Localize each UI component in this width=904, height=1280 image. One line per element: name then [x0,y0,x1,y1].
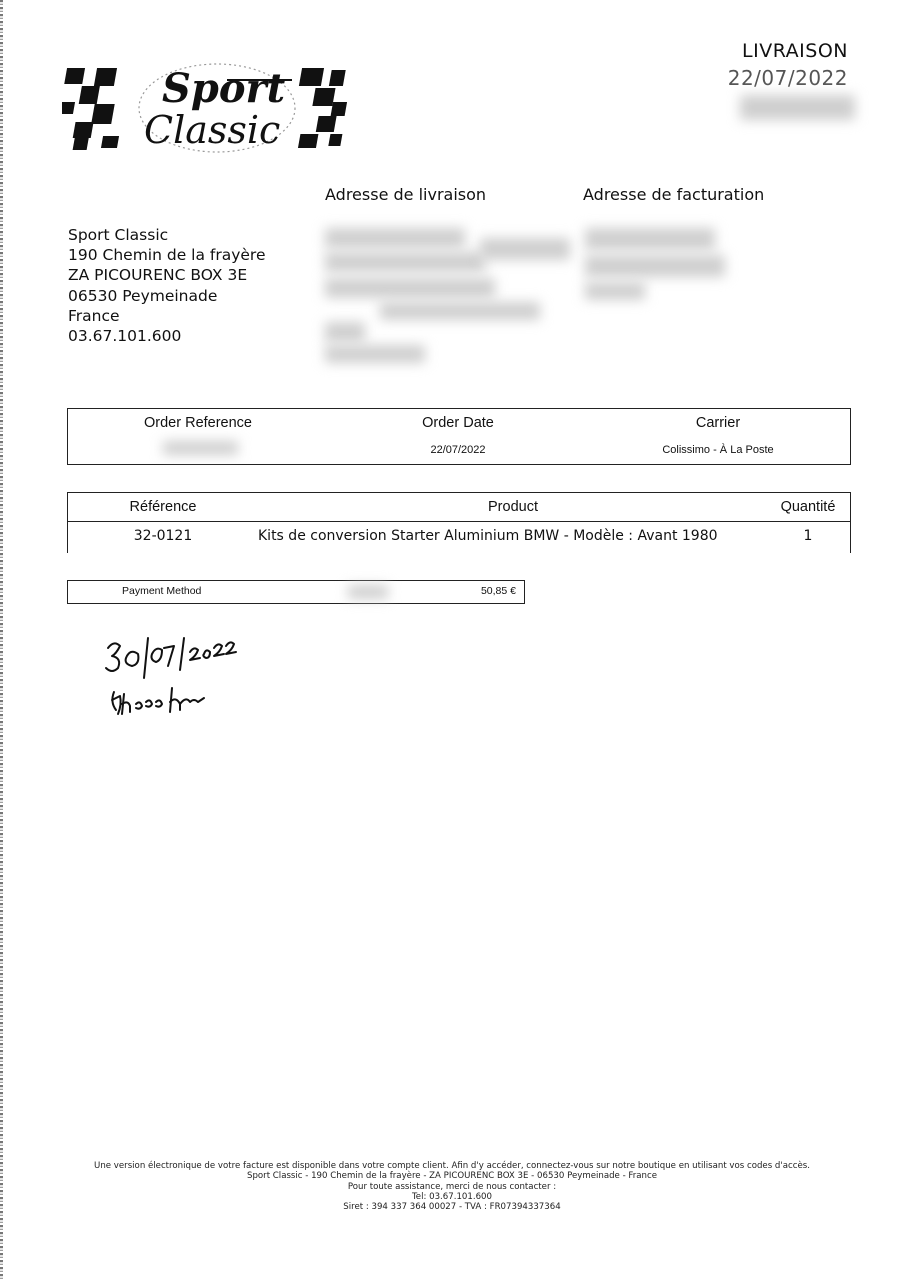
product-column-header: Product [438,499,588,515]
document-date: 22/07/2022 [728,66,848,90]
payment-method-label: Payment Method [122,585,201,597]
shipping-address-heading: Adresse de livraison [325,185,486,204]
footer: Une version électronique de votre factur… [0,1161,904,1212]
carrier-value: Colissimo - À La Poste [628,444,808,456]
checkered-flag-logo-icon: Sport Classic [62,40,367,160]
handwritten-date-and-signature-icon [100,630,260,725]
footer-company-address: Sport Classic - 190 Chemin de la frayère… [0,1171,904,1181]
footer-electronic-invoice-note: Une version électronique de votre factur… [0,1161,904,1171]
scan-edge [0,0,3,1280]
footer-phone: Tel: 03.67.101.600 [0,1192,904,1202]
sender-address: Sport Classic 190 Chemin de la frayère Z… [68,225,266,346]
table-divider [68,521,850,522]
payment-summary: Payment Method 50,85 € [67,580,525,604]
sender-city: 06530 Peymeinade [68,286,266,306]
sender-zone: ZA PICOURENC BOX 3E [68,265,266,285]
redacted-payment-method [348,585,388,599]
sender-country: France [68,306,266,326]
logo-text-classic: Classic [144,108,280,152]
reference-column-header: Référence [108,499,218,515]
billing-address-heading: Adresse de facturation [583,185,764,204]
order-info-table: Order Reference Order Date Carrier 22/07… [67,408,851,465]
redacted-order-reference [163,441,238,455]
product-table: Référence Product Quantité 32-0121 Kits … [67,492,851,553]
product-reference: 32-0121 [108,528,218,544]
sender-street: 190 Chemin de la frayère [68,245,266,265]
quantity-column-header: Quantité [770,499,846,515]
product-quantity: 1 [788,528,828,544]
order-reference-header: Order Reference [108,415,288,431]
redacted-customer-id [740,95,855,120]
logo-text-sport: Sport [162,65,286,112]
footer-contact-note: Pour toute assistance, merci de nous con… [0,1182,904,1192]
order-date-header: Order Date [368,415,548,431]
footer-legal-ids: Siret : 394 337 364 00027 - TVA : FR0739… [0,1202,904,1212]
sport-classic-logo: Sport Classic [62,40,367,160]
sender-name: Sport Classic [68,225,266,245]
product-name: Kits de conversion Starter Aluminium BMW… [258,528,708,544]
payment-amount: 50,85 € [481,585,516,597]
carrier-header: Carrier [628,415,808,431]
handwritten-annotation [100,630,260,725]
sender-phone: 03.67.101.600 [68,326,266,346]
order-date-value: 22/07/2022 [368,444,548,456]
document-type: LIVRAISON [742,40,848,62]
